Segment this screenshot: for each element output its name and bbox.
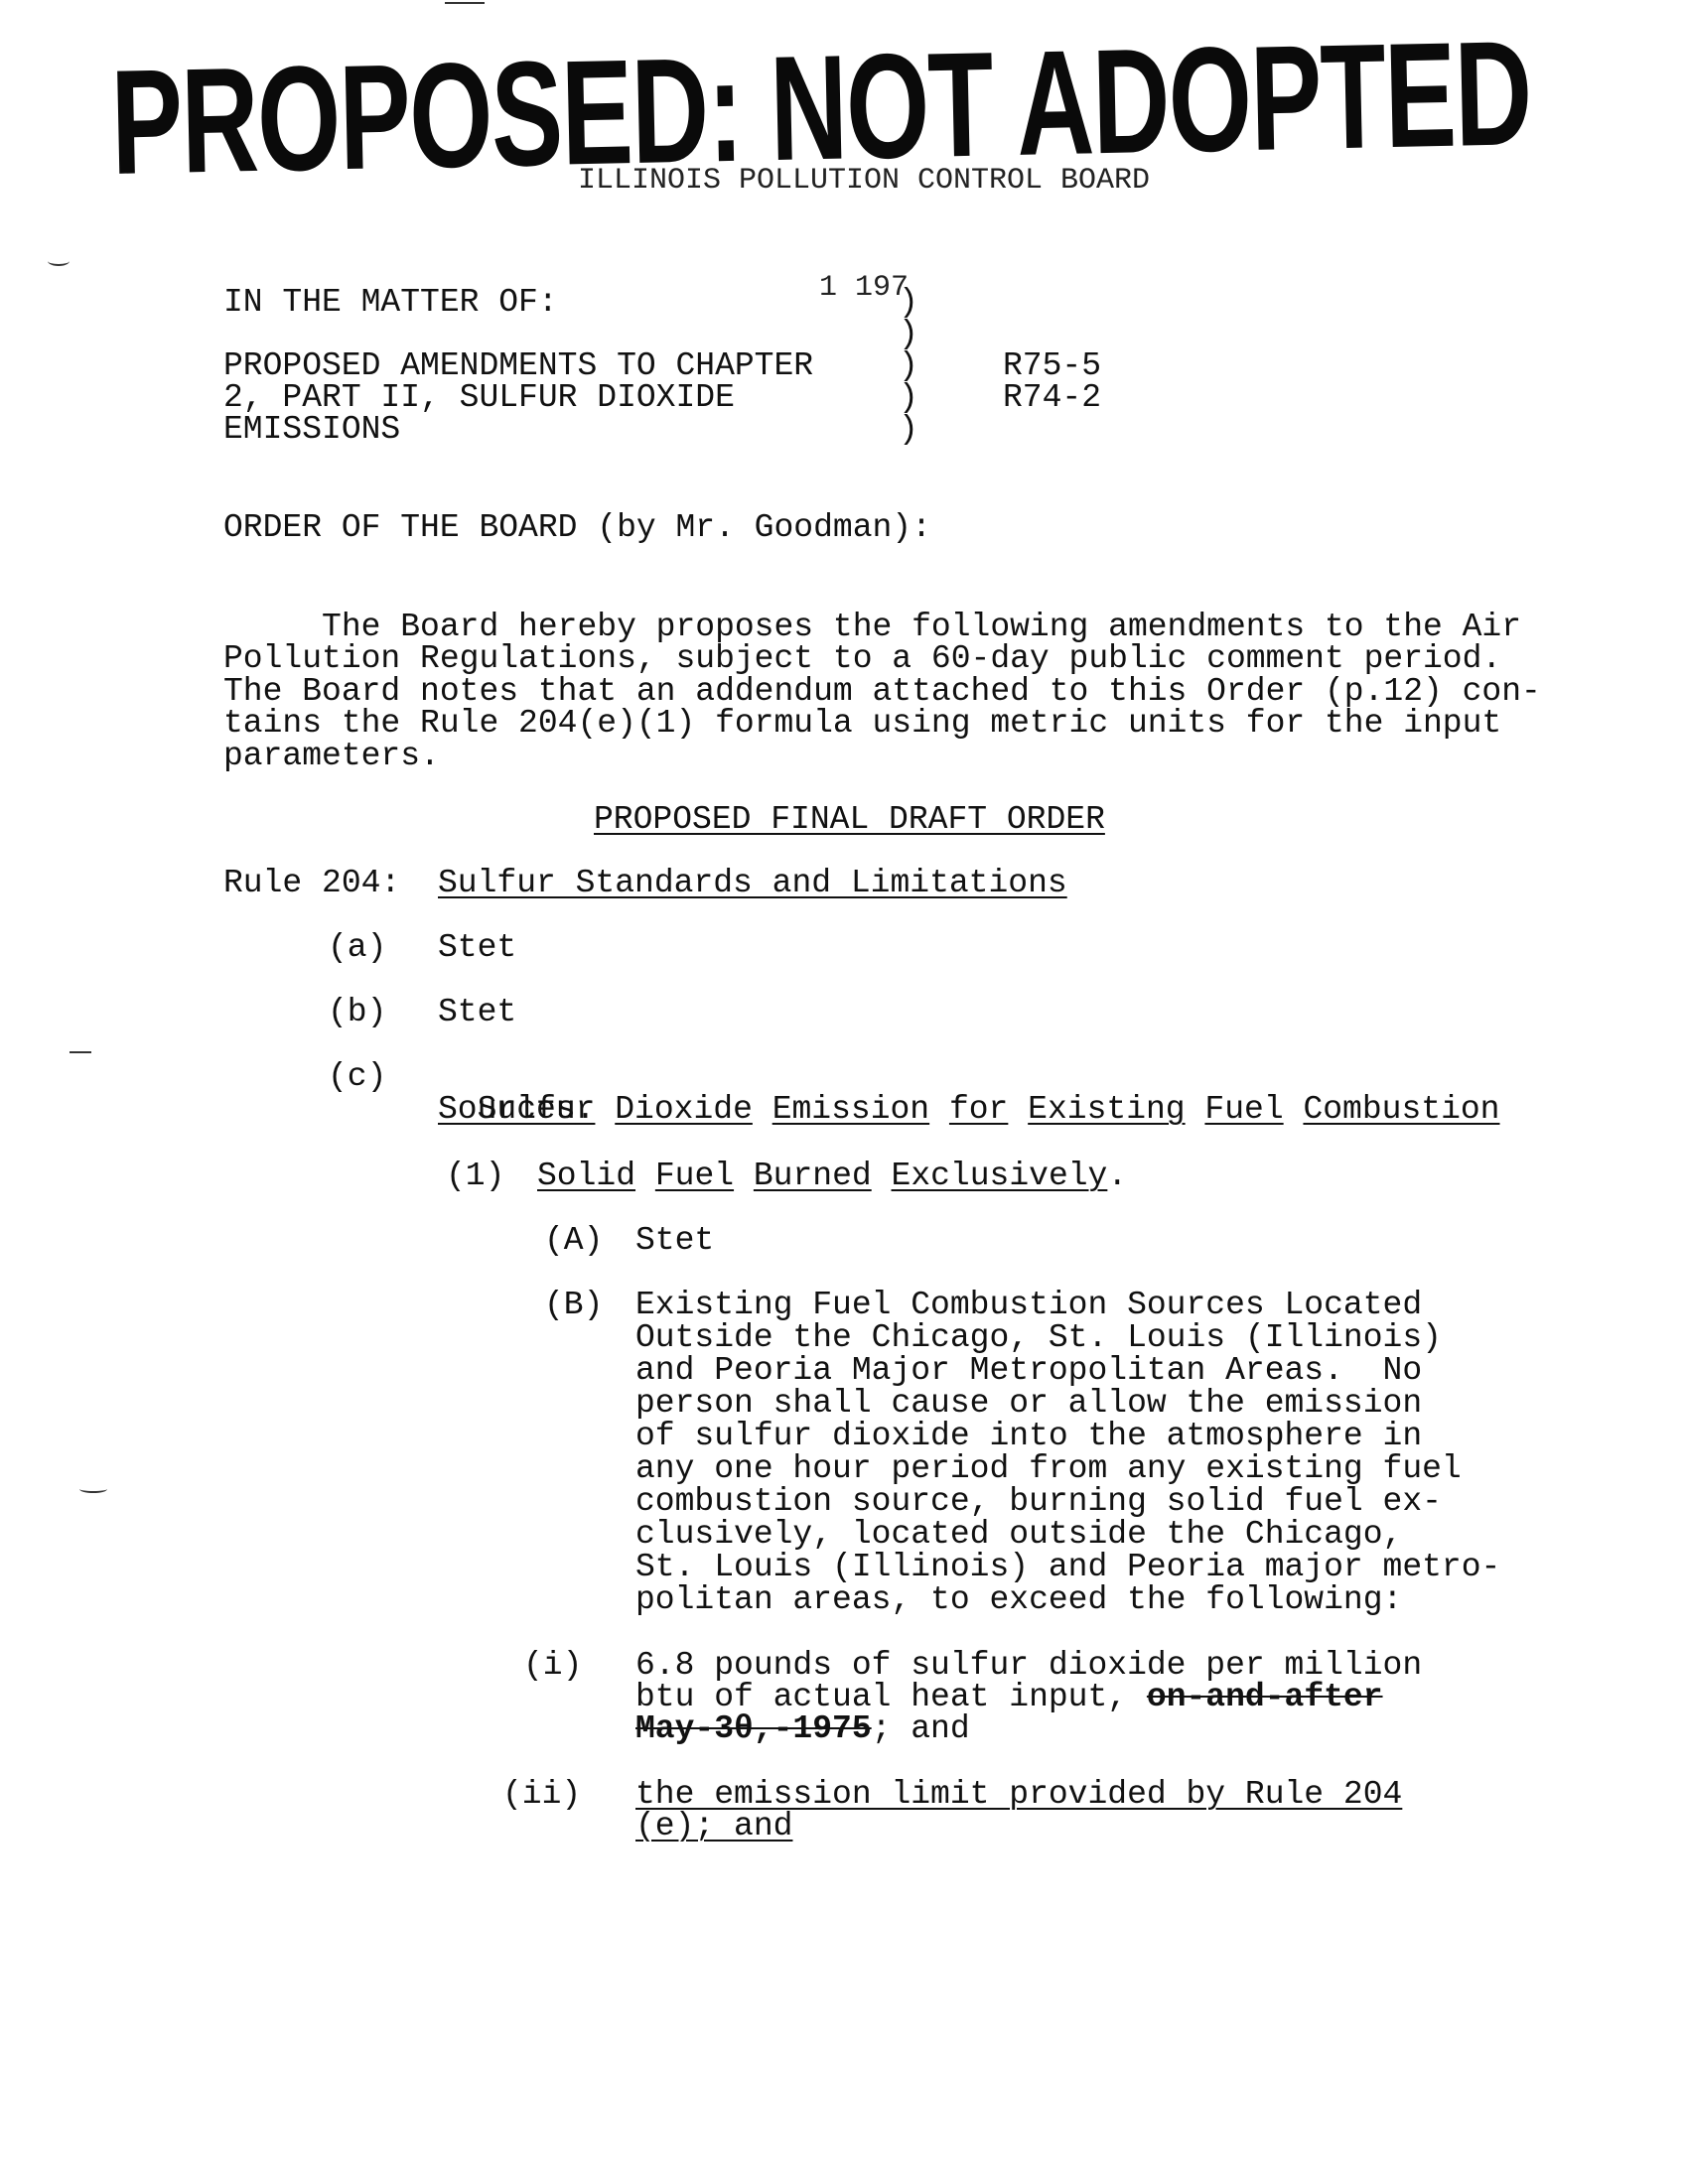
item-label: (B)	[544, 1289, 603, 1321]
item-line: St. Louis (Illinois) and Peoria major me…	[635, 1551, 1500, 1583]
title-word: Burned	[754, 1158, 872, 1194]
struck-text: May-3θ,-1975	[635, 1710, 872, 1747]
title-word: Dioxide	[615, 1091, 753, 1128]
subsection-text: Stet	[438, 931, 516, 964]
caption-paren: )	[899, 318, 918, 350]
paragraph-line: The Board notes that an addendum attache…	[223, 675, 1554, 708]
caption-paren: )	[899, 286, 918, 319]
title-word: Fuel	[655, 1158, 734, 1194]
order-heading: ORDER OF THE BOARD (by Mr. Goodman):	[223, 511, 931, 544]
clause-line-inserted: the emission limit provided by Rule 204	[635, 1778, 1402, 1811]
title-punct: .	[1107, 1158, 1127, 1194]
subsection-label: (b)	[328, 996, 386, 1028]
paragraph-label: (1)	[446, 1160, 504, 1192]
paragraph-line: Pollution Regulations, subject to a 60-d…	[223, 642, 1554, 675]
paragraph-title: Solid Fuel Burned Exclusively.	[537, 1160, 1127, 1192]
title-punct: .	[576, 1091, 596, 1128]
item-line: of sulfur dioxide into the atmosphere in	[635, 1420, 1422, 1452]
subsection-title-continued: Sources.	[438, 1093, 595, 1126]
title-word: Combustion	[1303, 1091, 1499, 1128]
title-word: Emission	[772, 1091, 929, 1128]
caption-paren: )	[899, 381, 918, 414]
rule-title: Sulfur Standards and Limitations	[438, 867, 1067, 899]
caption-line: 2, PART II, SULFUR DIOXIDE	[223, 381, 735, 414]
caption-paren: )	[899, 349, 918, 382]
clause-line: May-3θ,-1975; and	[635, 1712, 970, 1745]
caption-paren: )	[899, 413, 918, 446]
item-line: person shall cause or allow the emission	[635, 1387, 1422, 1420]
margin-mark	[48, 256, 70, 266]
title-word: for	[949, 1091, 1008, 1128]
title-word: Solid	[537, 1158, 635, 1194]
clause-text: ; and	[872, 1710, 970, 1747]
paragraph-line: The Board hereby proposes the following …	[223, 611, 1554, 643]
clause-line: btu of actual heat input, on-and-after	[635, 1681, 1383, 1713]
item-text: Stet	[635, 1224, 714, 1257]
item-line: Existing Fuel Combustion Sources Located	[635, 1289, 1422, 1321]
clause-line: 6.8 pounds of sulfur dioxide per million	[635, 1649, 1422, 1682]
item-line: any one hour period from any existing fu…	[635, 1452, 1462, 1485]
stamp-text: PROPOSED: NOT ADOPTED	[110, 28, 1532, 187]
subsection-label: (c)	[328, 1060, 386, 1093]
subsection-title: Sulfur Dioxide Emission for Existing Fue…	[438, 1060, 1500, 1126]
caption-line: PROPOSED AMENDMENTS TO CHAPTER	[223, 349, 813, 382]
section-title: PROPOSED FINAL DRAFT ORDER	[594, 803, 1105, 836]
title-word: Existing	[1028, 1091, 1185, 1128]
caption-line: EMISSIONS	[223, 413, 400, 446]
caption-line: IN THE MATTER OF:	[223, 286, 558, 319]
title-word: Sources	[438, 1091, 576, 1128]
item-label: (A)	[544, 1224, 603, 1257]
struck-text: on-and-after	[1147, 1679, 1383, 1715]
docket-number: R74-2	[1003, 381, 1101, 414]
title-word: Exclusively	[892, 1158, 1108, 1194]
paragraph-line: tains the Rule 204(e)(1) formula using m…	[223, 707, 1554, 740]
clause-label: (i)	[523, 1649, 582, 1682]
margin-mark	[445, 0, 485, 4]
title-word: Fuel	[1204, 1091, 1283, 1128]
header-date: 1 197	[556, 270, 1172, 306]
item-line: Outside the Chicago, St. Louis (Illinois…	[635, 1321, 1442, 1354]
item-line: politan areas, to exceed the following:	[635, 1583, 1402, 1616]
paragraph-line: parameters.	[223, 740, 1554, 772]
item-line: clusively, located outside the Chicago,	[635, 1518, 1402, 1551]
proposed-not-adopted-stamp: PROPOSED: NOT ADOPTED	[110, 31, 1388, 187]
clause-label: (ii)	[502, 1778, 581, 1811]
margin-mark	[79, 1485, 107, 1493]
clause-line-inserted: (e); and	[635, 1810, 792, 1843]
rule-label: Rule 204:	[223, 867, 400, 899]
item-line: combustion source, burning solid fuel ex…	[635, 1485, 1442, 1518]
item-line: and Peoria Major Metropolitan Areas. No	[635, 1354, 1422, 1387]
subsection-label: (a)	[328, 931, 386, 964]
margin-mark	[70, 1047, 91, 1053]
subsection-text: Stet	[438, 996, 516, 1028]
docket-number: R75-5	[1003, 349, 1101, 382]
